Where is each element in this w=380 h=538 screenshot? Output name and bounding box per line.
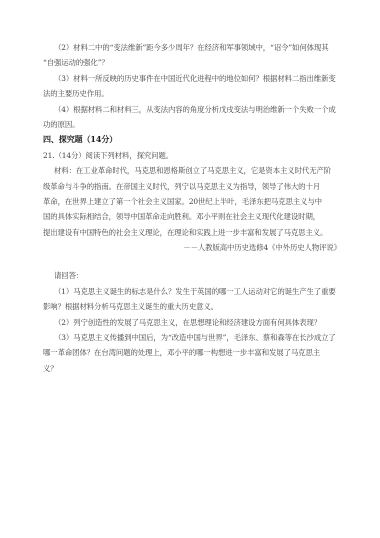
question-2-line-2: “自强运动的强化”？ xyxy=(43,55,341,70)
sub-question-3-line-1: （3）马克思主义传播到中国后，为“改造中国与世界”，毛泽东、蔡和森等在长沙成立了 xyxy=(43,330,341,345)
material-line-4: 国的具体实际相结合，领导中国革命走向胜利。邓小平则在社会主义现代化建设时期， xyxy=(43,209,341,224)
question-3-line-2: 法的主要历史作用。 xyxy=(43,86,341,101)
material-line-5: 提出建设有中国特色的社会主义理论，在理论和实践上进一步丰富和发展了马克思主义。 xyxy=(43,225,341,240)
sub-question-3-line-3: 义？ xyxy=(43,361,341,376)
question-3-line-1: （3）材料一所反映的历史事件在中国近代化进程中的地位如何？根据材料二指出维新变 xyxy=(43,71,341,86)
sub-question-1-line-1: （1）马克思主义诞生的标志是什么？发生于英国的哪一工人运动对它的诞生产生了重要 xyxy=(43,284,341,299)
material-line-1: 材料：在工业革命时代，马克思和恩格斯创立了马克思主义，它是资本主义时代无产阶 xyxy=(43,163,341,178)
sub-question-2-line-1: （2）列宁创造性的发展了马克思主义，在思想理论和经济建设方面有何具体表现？ xyxy=(43,315,341,330)
question-21-intro: 21.（14分）阅读下列材料，探究问题。 xyxy=(43,148,341,163)
sub-question-3-line-2: 哪一革命团体？在台湾问题的处理上，邓小平的哪一构想进一步丰富和发展了马克思主 xyxy=(43,345,341,360)
material-line-2: 级革命与斗争的指南。在帝国主义时代，列宁以马克思主义为指导，领导了伟大的十月 xyxy=(43,179,341,194)
exam-text-block: （2）材料二中的“变法维新”距今多少周年？在经济和军事领域中，“诏令”如何体现其… xyxy=(43,40,341,376)
sub-question-1-line-2: 影响？根据材料分析马克思主义诞生的重大历史意义。 xyxy=(43,299,341,314)
section-heading: 四、探究题（14分） xyxy=(43,132,341,147)
answer-prompt: 请回答： xyxy=(43,268,341,283)
scanned-exam-page: （2）材料二中的“变法维新”距今多少周年？在经济和军事领域中，“诏令”如何体现其… xyxy=(0,0,380,538)
question-2-line-1: （2）材料二中的“变法维新”距今多少周年？在经济和军事领域中，“诏令”如何体现其 xyxy=(43,40,341,55)
material-line-3: 革命，在世界上建立了第一个社会主义国家。20世纪上半叶，毛泽东把马克思主义与中 xyxy=(43,194,341,209)
source-attribution: －－人教版高中历史选修4《中外历史人物评说》 xyxy=(43,240,341,255)
question-4-line-1: （4）根据材料二和材料三，从变法内容的角度分析戊戌变法与明治维新一个失败一个成 xyxy=(43,102,341,117)
question-4-line-2: 功的原因。 xyxy=(43,117,341,132)
